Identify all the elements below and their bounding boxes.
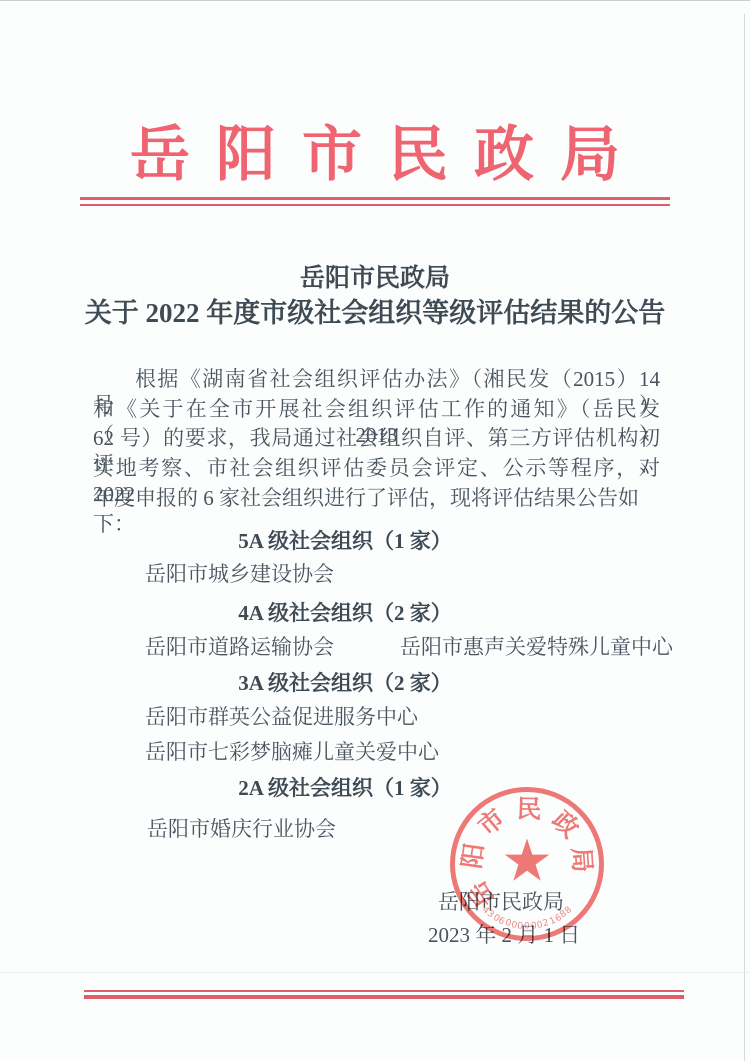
seal-arc-char: 阳 [459,842,487,870]
paper-crease [0,972,750,973]
seal-code-digit: 0 [517,922,524,932]
org-name: 岳阳市城乡建设协会 [145,558,334,588]
doc-title-line2: 关于 2022 年度市级社会组织等级评估结果的公告 [0,291,750,330]
section-heading-4a: 4A 级社会组织（2 家） [15,597,675,627]
org-name: 岳阳市群英公益促进服务中心 [145,701,418,731]
seal-arc-char: 民 [516,797,542,823]
section-heading-5a: 5A 级社会组织（1 家） [15,525,675,555]
header-rule-thin [80,204,670,206]
footer-rule-thin [84,990,684,992]
header-rule-thick [80,197,670,200]
official-seal: ★ 岳阳市民政局 430600000021688 [450,787,604,941]
footer-rule-thick [84,995,684,999]
org-name: 岳阳市婚庆行业协会 [147,813,336,843]
scan-edge-top [0,0,750,1]
document-page: 岳阳市民政局 岳阳市民政局 关于 2022 年度市级社会组织等级评估结果的公告 … [0,0,750,1061]
seal-code-digit: 0 [524,923,530,932]
seal-star-icon: ★ [501,832,553,890]
org-name: 岳阳市惠声关爱特殊儿童中心 [400,631,673,661]
seal-arc-char: 局 [568,847,595,874]
org-name: 岳阳市道路运输协会 [145,631,334,661]
doc-title-line1: 岳阳市民政局 [0,258,750,294]
org-name: 岳阳市七彩梦脑瘫儿童关爱中心 [145,736,439,766]
letterhead-title: 岳阳市民政局 [0,116,750,194]
section-heading-3a: 3A 级社会组织（2 家） [15,667,675,697]
